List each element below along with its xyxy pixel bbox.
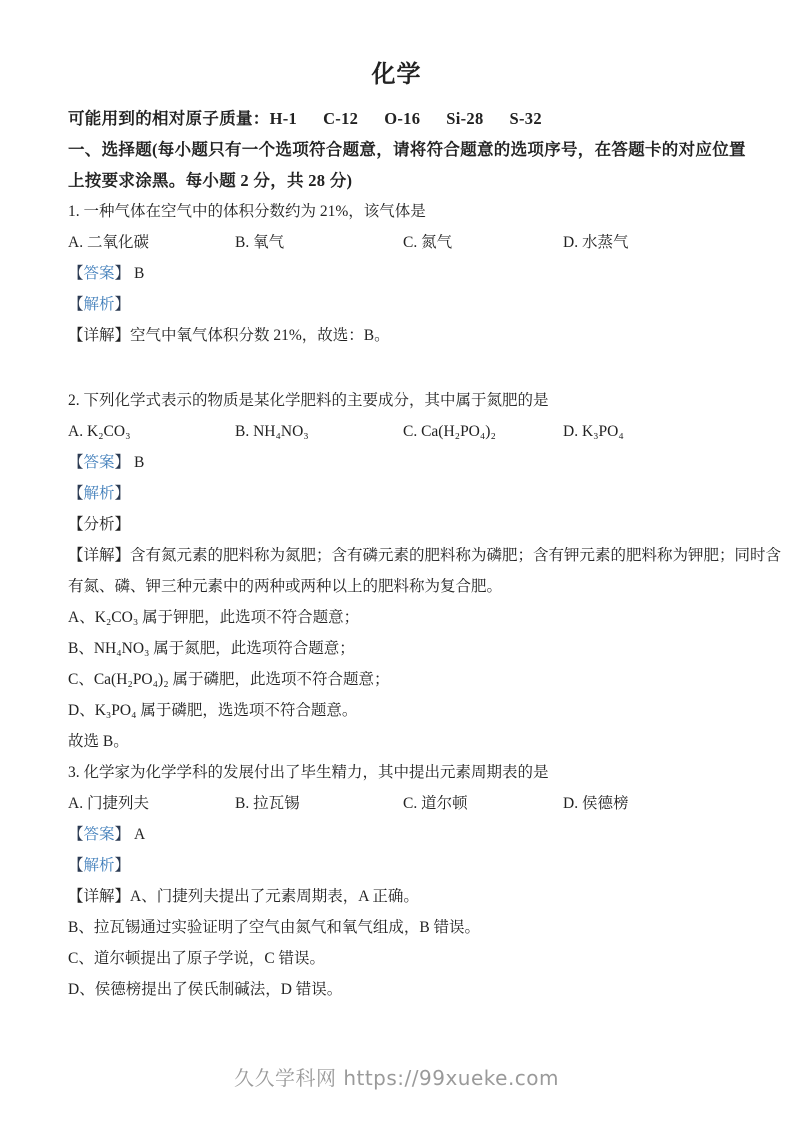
watermark: 久久学科网 https://99xueke.com — [0, 1062, 793, 1091]
option-a: A. 二氧化碳 — [68, 227, 235, 258]
question-2-detail-line: 有氮、磷、钾三种元素中的两种或两种以上的肥料称为复合肥。 — [68, 571, 725, 602]
option-b: B. 拉瓦锡 — [235, 788, 403, 819]
page-title: 化学 — [68, 0, 725, 94]
question-1-answer-line: 【答案】B — [68, 258, 725, 289]
answer-label: 答案 — [84, 826, 115, 843]
question-2-stem: 2. 下列化学式表示的物质是某化学肥料的主要成分，其中属于氮肥的是 — [68, 385, 725, 416]
option-c: C. 道尔顿 — [403, 788, 563, 819]
question-3-jiexi-line: 【解析】 — [68, 850, 725, 881]
question-2-answer-line: 【答案】B — [68, 447, 725, 478]
question-2-options: A. K₂CO₃ B. NH₄NO₃ C. Ca(H₂PO₄)₂ D. K₃PO… — [68, 416, 725, 447]
section-header-line1: 一、选择题(每小题只有一个选项符合题意，请将符合题意的选项序号，在答题卡的对应位… — [68, 134, 725, 165]
bracket-close: 】 — [115, 265, 131, 282]
answer-label: 答案 — [84, 454, 115, 471]
answer-value: B — [134, 265, 144, 282]
option-a: A. K₂CO₃ — [68, 416, 235, 447]
answer-label: 答案 — [84, 265, 115, 282]
atomic-masses-label: 可能用到的相对原子质量： — [68, 109, 270, 128]
bracket-close: 】 — [115, 857, 131, 874]
jiexi-label: 解析 — [84, 485, 115, 502]
option-a: A. 门捷列夫 — [68, 788, 235, 819]
page-content: 可能用到的相对原子质量：H-1C-12O-16Si-28S-32 一、选择题(每… — [68, 103, 725, 1005]
atomic-mass-c: C-12 — [323, 109, 358, 128]
question-3-answer-line: 【答案】A — [68, 819, 725, 850]
atomic-masses-line: 可能用到的相对原子质量：H-1C-12O-16Si-28S-32 — [68, 103, 725, 134]
option-d: D. 水蒸气 — [563, 227, 725, 258]
atomic-mass-s: S-32 — [510, 109, 542, 128]
question-2-analysis-label: 【分析】 — [68, 509, 725, 540]
bracket-close: 】 — [115, 454, 131, 471]
question-1-jiexi-line: 【解析】 — [68, 289, 725, 320]
question-3: 3. 化学家为化学学科的发展付出了毕生精力，其中提出元素周期表的是 A. 门捷列… — [68, 757, 725, 1005]
atomic-mass-h: H-1 — [270, 109, 297, 128]
question-2-detail-line: 【详解】含有氮元素的肥料称为氮肥；含有磷元素的肥料称为磷肥；含有钾元素的肥料称为… — [68, 540, 725, 571]
question-3-stem: 3. 化学家为化学学科的发展付出了毕生精力，其中提出元素周期表的是 — [68, 757, 725, 788]
option-b: B. NH₄NO₃ — [235, 416, 403, 447]
question-2-detail-line: D、K₃PO₄ 属于磷肥，选选项不符合题意。 — [68, 695, 725, 726]
bracket-close: 】 — [115, 296, 131, 313]
bracket-open: 【 — [68, 857, 84, 874]
answer-value: B — [134, 454, 144, 471]
answer-value: A — [134, 826, 145, 843]
jiexi-label: 解析 — [84, 296, 115, 313]
question-1-stem: 1. 一种气体在空气中的体积分数约为 21%，该气体是 — [68, 196, 725, 227]
exam-page: 化学 可能用到的相对原子质量：H-1C-12O-16Si-28S-32 一、选择… — [0, 0, 793, 1005]
question-3-detail-line: 【详解】A、门捷列夫提出了元素周期表，A 正确。 — [68, 881, 725, 912]
question-2-detail-line: A、K₂CO₃ 属于钾肥，此选项不符合题意； — [68, 602, 725, 633]
question-1-detail: 【详解】空气中氧气体积分数 21%，故选：B。 — [68, 320, 725, 351]
question-3-detail-line: B、拉瓦锡通过实验证明了空气由氮气和氧气组成，B 错误。 — [68, 912, 725, 943]
question-3-options: A. 门捷列夫 B. 拉瓦锡 C. 道尔顿 D. 侯德榜 — [68, 788, 725, 819]
bracket-open: 【 — [68, 454, 84, 471]
option-d: D. K₃PO₄ — [563, 416, 725, 447]
option-c: C. Ca(H₂PO₄)₂ — [403, 416, 563, 447]
question-2-detail-line: C、Ca(H₂PO₄)₂ 属于磷肥，此选项不符合题意； — [68, 664, 725, 695]
bracket-open: 【 — [68, 296, 84, 313]
jiexi-label: 解析 — [84, 857, 115, 874]
question-3-detail-line: D、侯德榜提出了侯氏制碱法，D 错误。 — [68, 974, 725, 1005]
bracket-open: 【 — [68, 485, 84, 502]
question-2: 2. 下列化学式表示的物质是某化学肥料的主要成分，其中属于氮肥的是 A. K₂C… — [68, 385, 725, 757]
question-1: 1. 一种气体在空气中的体积分数约为 21%，该气体是 A. 二氧化碳 B. 氧… — [68, 196, 725, 351]
bracket-close: 】 — [115, 485, 131, 502]
bracket-open: 【 — [68, 265, 84, 282]
option-c: C. 氮气 — [403, 227, 563, 258]
question-2-jiexi-line: 【解析】 — [68, 478, 725, 509]
question-1-options: A. 二氧化碳 B. 氧气 C. 氮气 D. 水蒸气 — [68, 227, 725, 258]
option-d: D. 侯德榜 — [563, 788, 725, 819]
question-2-detail-line: 故选 B。 — [68, 726, 725, 757]
bracket-close: 】 — [115, 826, 131, 843]
section-header-line2: 上按要求涂黑。每小题 2 分，共 28 分) — [68, 165, 725, 196]
bracket-open: 【 — [68, 826, 84, 843]
question-2-detail-line: B、NH₄NO₃ 属于氮肥，此选项符合题意； — [68, 633, 725, 664]
option-b: B. 氧气 — [235, 227, 403, 258]
question-3-detail-line: C、道尔顿提出了原子学说，C 错误。 — [68, 943, 725, 974]
atomic-mass-o: O-16 — [384, 109, 420, 128]
atomic-mass-si: Si-28 — [446, 109, 483, 128]
